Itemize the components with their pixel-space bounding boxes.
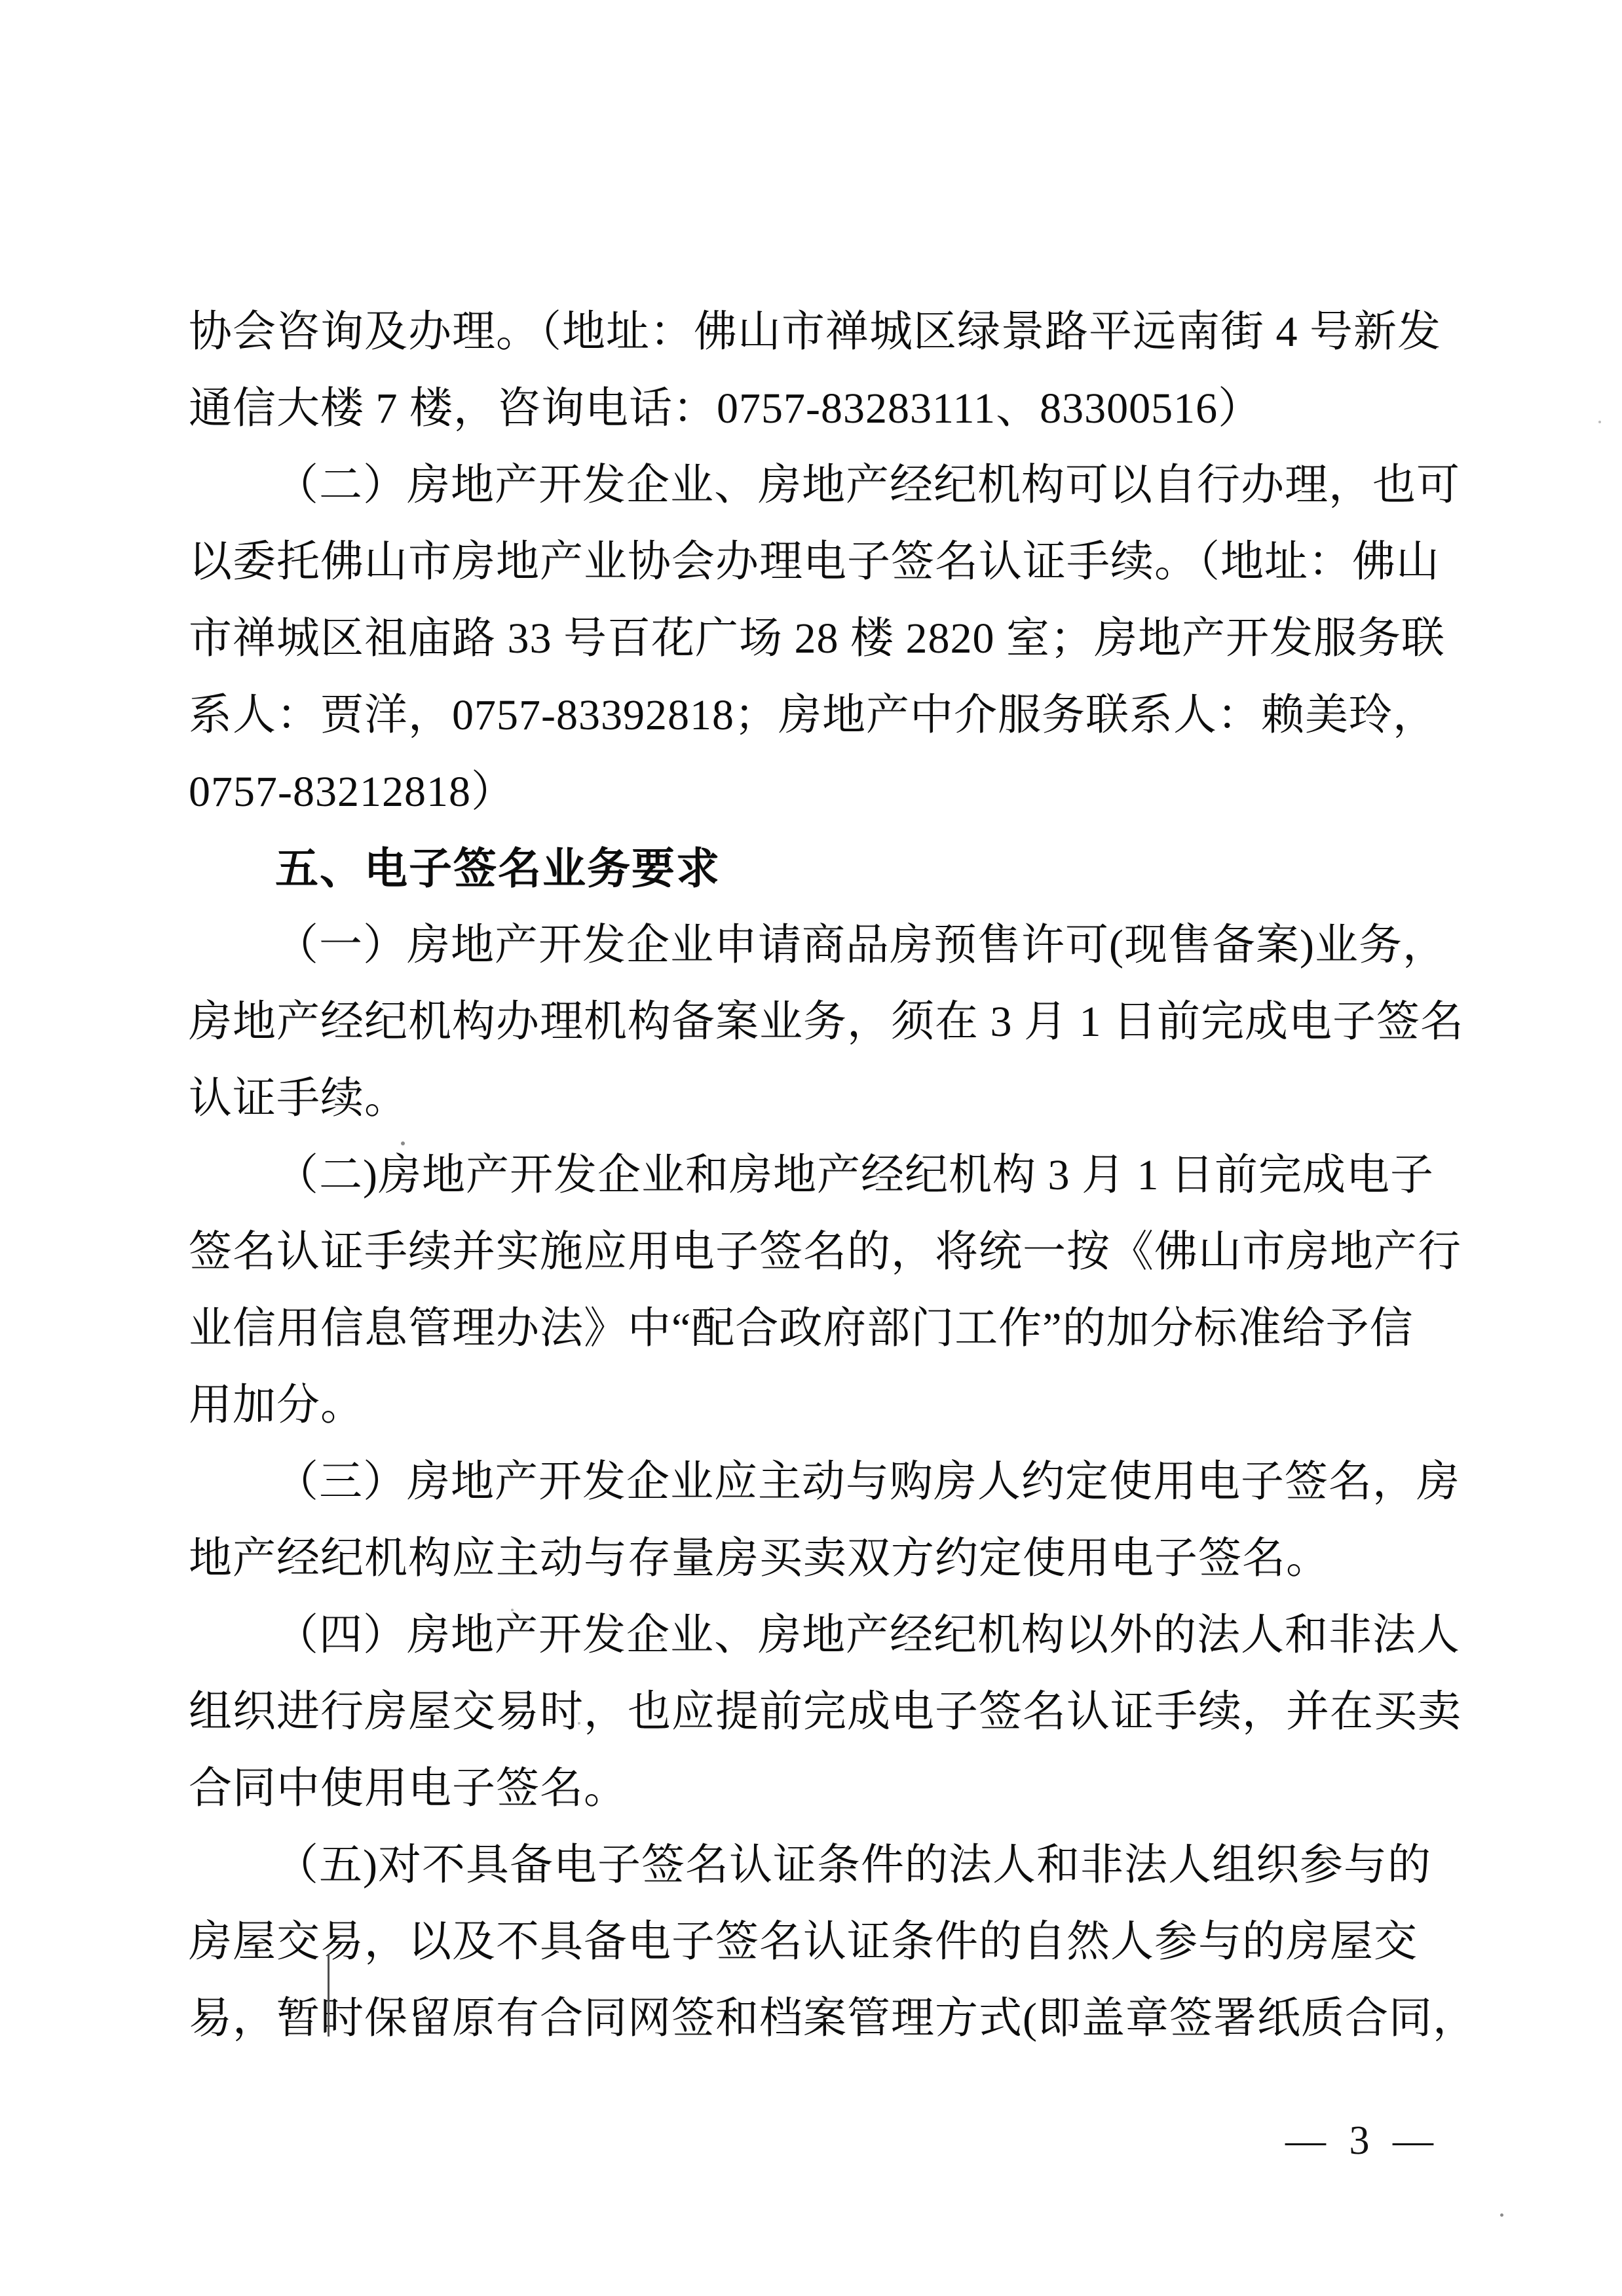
- scan-speckle: [660, 1638, 664, 1641]
- document-page: 协会咨询及办理。（地址：佛山市禅城区绿景路平远南街 4 号新发通信大楼 7 楼，…: [0, 0, 1622, 2296]
- text-line: 协会咨询及办理。（地址：佛山市禅城区绿景路平远南街 4 号新发: [189, 294, 1486, 370]
- text-line: 以委托佛山市房地产业协会办理电子签名认证手续。（地址：佛山: [189, 524, 1486, 600]
- text-line: 地产经纪机构应主动与存量房买卖双方约定使用电子签名。: [189, 1520, 1486, 1597]
- text-line: 合同中使用电子签名。: [189, 1750, 1486, 1827]
- text-line: 业信用信息管理办法》中“配合政府部门工作”的加分标准给予信: [189, 1290, 1486, 1367]
- scan-speckle: [1500, 2213, 1503, 2217]
- text-line: （二）房地产开发企业、房地产经纪机构可以自行办理，也可: [189, 447, 1486, 524]
- scan-scratch: [328, 1954, 330, 2037]
- text-line: 易，暂时保留原有合同网签和档案管理方式(即盖章签署纸质合同，: [189, 1980, 1486, 2057]
- text-line: （一）房地产开发企业申请商品房预售许可(现售备案)业务，: [189, 907, 1486, 984]
- scan-speckle: [578, 1722, 580, 1725]
- text-line: （二)房地产开发企业和房地产经纪机构 3 月 1 日前完成电子: [189, 1137, 1486, 1214]
- text-line: 认证手续。: [189, 1060, 1486, 1137]
- text-line: 0757-83212818）: [189, 754, 1486, 830]
- text-line: 用加分。: [189, 1367, 1486, 1444]
- scan-speckle: [401, 1141, 405, 1145]
- scan-speckle: [1598, 421, 1601, 423]
- page-number: — 3 —: [1285, 2118, 1440, 2164]
- scan-speckle: [511, 1609, 514, 1611]
- text-line: 房地产经纪机构办理机构备案业务，须在 3 月 1 日前完成电子签名: [189, 984, 1486, 1060]
- text-line: 房屋交易，以及不具备电子签名认证条件的自然人参与的房屋交: [189, 1904, 1486, 1980]
- text-line: 五、电子签名业务要求: [189, 830, 1486, 907]
- text-line: （五)对不具备电子签名认证条件的法人和非法人组织参与的: [189, 1827, 1486, 1904]
- scan-speckle: [702, 1694, 705, 1697]
- text-line: 市禅城区祖庙路 33 号百花广场 28 楼 2820 室；房地产开发服务联: [189, 600, 1486, 677]
- text-line: 签名认证手续并实施应用电子签名的，将统一按《佛山市房地产行: [189, 1214, 1486, 1290]
- text-line: 组织进行房屋交易时，也应提前完成电子签名认证手续，并在买卖: [189, 1674, 1486, 1750]
- text-line: 系人：贾洋，0757-83392818；房地产中介服务联系人：赖美玲，: [189, 677, 1486, 754]
- text-line: （四）房地产开发企业、房地产经纪机构以外的法人和非法人: [189, 1597, 1486, 1674]
- text-line: （三）房地产开发企业应主动与购房人约定使用电子签名，房: [189, 1444, 1486, 1520]
- document-body: 协会咨询及办理。（地址：佛山市禅城区绿景路平远南街 4 号新发通信大楼 7 楼，…: [189, 294, 1486, 2057]
- text-line: 通信大楼 7 楼，咨询电话：0757-83283111、83300516）: [189, 370, 1486, 447]
